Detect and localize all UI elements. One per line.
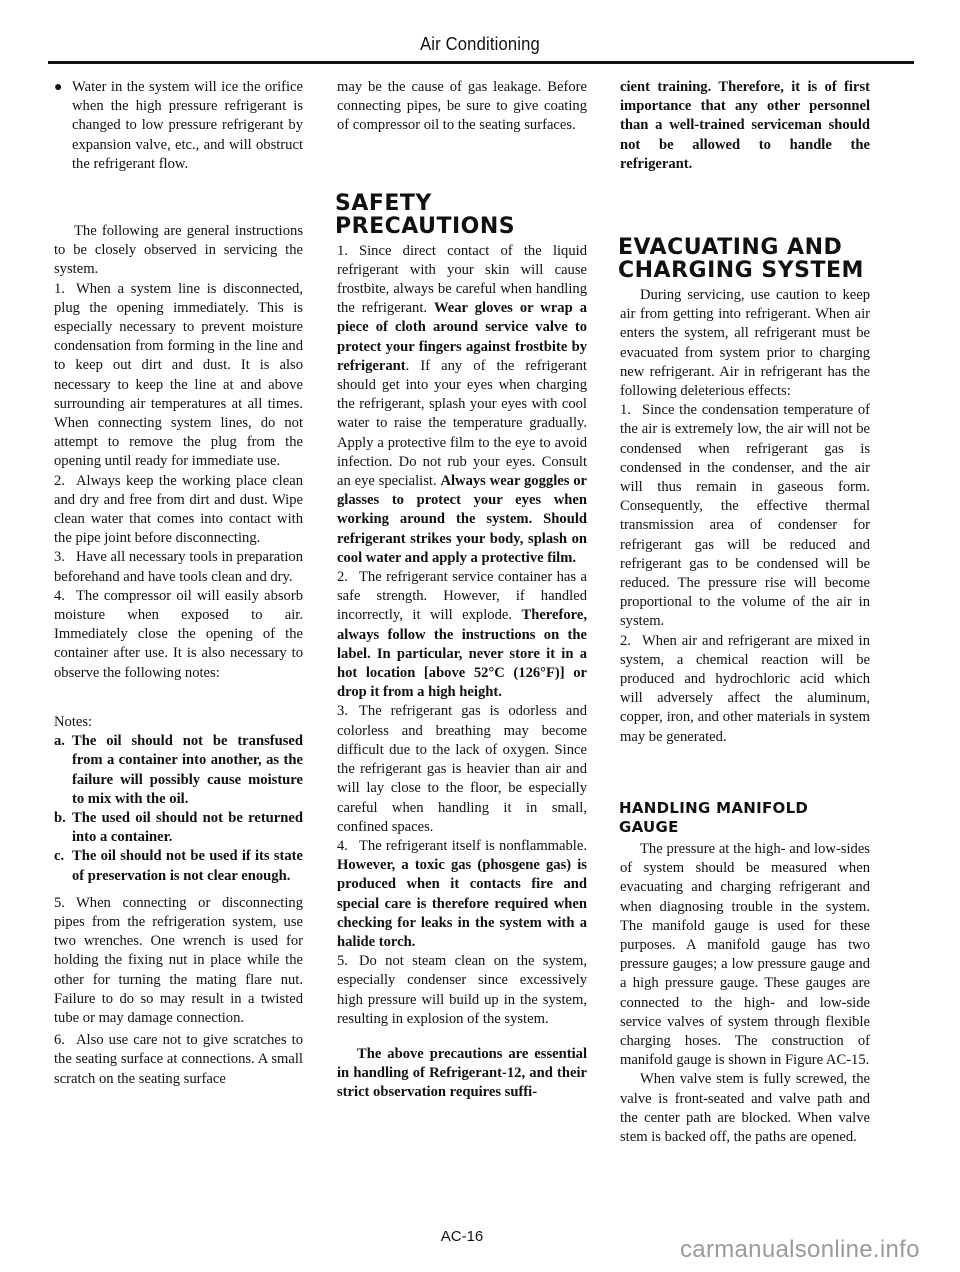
list-item: 1.Since direct contact of the liquid ref… (337, 242, 587, 568)
bullet-text: Water in the system will ice the orifice… (72, 78, 303, 174)
list-item: 3.The refrigerant gas is odorless and co… (337, 702, 587, 836)
watermark: carmanualsonline.info (680, 1236, 920, 1264)
section-title-evacuating-charging: EVACUATING AND CHARGING SYSTEM (618, 236, 870, 282)
notes-label: Notes: (54, 713, 303, 732)
list-item: 4.The refrigerant itself is nonflammable… (337, 837, 587, 952)
column-3: cient training. Therefore, it is of firs… (620, 78, 870, 1147)
list-item: 3.Have all necessary tools in preparatio… (54, 548, 303, 586)
list-item: 2.Always keep the working place clean an… (54, 472, 303, 549)
header-rule (48, 61, 914, 64)
paragraph: When valve stem is fully screwed, the va… (620, 1070, 870, 1147)
list-item: 1.When a system line is disconnected, pl… (54, 280, 303, 472)
list-item: 4.The compressor oil will easily absorb … (54, 587, 303, 683)
bullet-note: ● Water in the system will ice the orifi… (54, 78, 303, 174)
page-number: AC-16 (337, 1228, 587, 1245)
note-item: a.The oil should not be transfused from … (54, 732, 303, 809)
paragraph: The pressure at the high- and low-sides … (620, 840, 870, 1070)
column-2: may be the cause of gas leakage. Before … (337, 78, 587, 1103)
continuation-paragraph: cient training. Therefore, it is of firs… (620, 78, 870, 174)
bullet-icon: ● (54, 78, 72, 174)
page-header-title: Air Conditioning (38, 34, 921, 55)
intro-paragraph: The following are general instructions t… (54, 222, 303, 280)
list-item: 5.When connecting or disconnecting pipes… (54, 894, 303, 1028)
column-1: ● Water in the system will ice the orifi… (54, 78, 303, 1089)
closing-paragraph: The above precautions are essential in h… (337, 1045, 587, 1103)
list-item: 2.When air and refrigerant are mixed in … (620, 632, 870, 747)
intro-paragraph: During servicing, use caution to keep ai… (620, 286, 870, 401)
continuation-paragraph: may be the cause of gas leakage. Before … (337, 78, 587, 136)
list-item: 6.Also use care not to give scratches to… (54, 1031, 303, 1089)
note-item: b.The used oil should not be returned in… (54, 809, 303, 847)
list-item: 5.Do not steam clean on the system, espe… (337, 952, 587, 1029)
subsection-title-handling-manifold-gauge: HANDLING MANIFOLD GAUGE (619, 799, 870, 837)
note-item: c.The oil should not be used if its stat… (54, 847, 303, 885)
list-item: 1.Since the condensation temperature of … (620, 401, 870, 631)
section-title-safety-precautions: SAFETY PRECAUTIONS (335, 192, 587, 238)
list-item: 2.The refrigerant service container has … (337, 568, 587, 702)
